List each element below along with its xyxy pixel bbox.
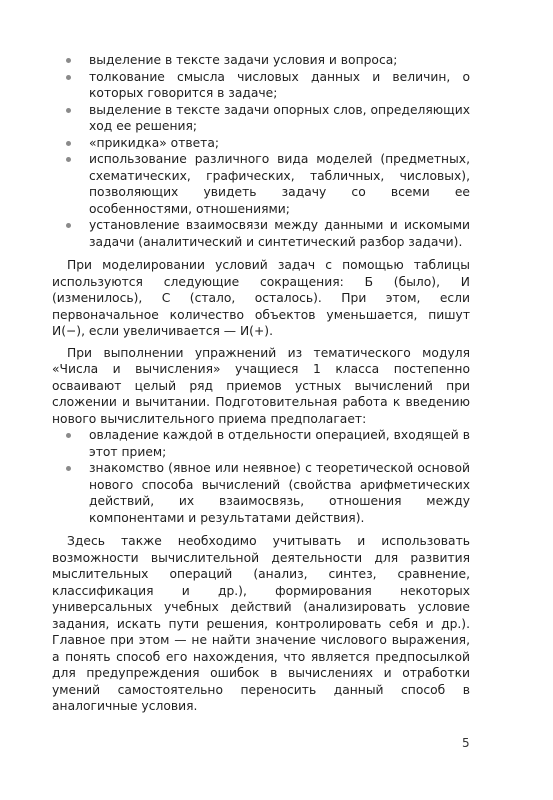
list-item-text: выделение в тексте задачи опорных слов, … bbox=[89, 103, 470, 134]
list-item: установление взаимосвязи между данными и… bbox=[52, 217, 470, 250]
paragraph-thinking-operations: Здесь также необходимо учитывать и испол… bbox=[52, 533, 470, 715]
bullet-icon bbox=[66, 108, 71, 113]
list-item: выделение в тексте задачи условия и вопр… bbox=[52, 52, 470, 69]
page-number: 5 bbox=[462, 736, 470, 750]
list-item: использование различного вида моделей (п… bbox=[52, 151, 470, 217]
bullet-icon bbox=[66, 75, 71, 80]
list-item-text: овладение каждой в отдельности операцией… bbox=[89, 428, 470, 459]
bullet-list-preparation: овладение каждой в отдельности операцией… bbox=[52, 427, 470, 526]
list-item: выделение в тексте задачи опорных слов, … bbox=[52, 102, 470, 135]
list-item-text: «прикидка» ответа; bbox=[89, 136, 219, 150]
bullet-icon bbox=[66, 141, 71, 146]
paragraph-numbers-module: При выполнении упражнений из тематическо… bbox=[52, 345, 470, 428]
bullet-icon bbox=[66, 157, 71, 162]
bullet-icon bbox=[66, 433, 71, 438]
paragraph-table-modeling: При моделировании условий задач с помощь… bbox=[52, 257, 470, 340]
list-item: «прикидка» ответа; bbox=[52, 135, 470, 152]
list-item-text: установление взаимосвязи между данными и… bbox=[89, 218, 470, 249]
list-item-text: знакомство (явное или неявное) с теорети… bbox=[89, 461, 470, 525]
list-item: знакомство (явное или неявное) с теорети… bbox=[52, 460, 470, 526]
list-item-text: использование различного вида моделей (п… bbox=[89, 152, 470, 216]
page-body: выделение в тексте задачи условия и вопр… bbox=[52, 52, 470, 715]
spacer bbox=[52, 250, 470, 257]
bullet-icon bbox=[66, 223, 71, 228]
bullet-list-task-analysis: выделение в тексте задачи условия и вопр… bbox=[52, 52, 470, 250]
spacer bbox=[52, 526, 470, 533]
bullet-icon bbox=[66, 58, 71, 63]
bullet-icon bbox=[66, 466, 71, 471]
list-item: толкование смысла числовых данных и вели… bbox=[52, 69, 470, 102]
list-item-text: толкование смысла числовых данных и вели… bbox=[89, 70, 470, 101]
list-item-text: выделение в тексте задачи условия и вопр… bbox=[89, 53, 397, 67]
list-item: овладение каждой в отдельности операцией… bbox=[52, 427, 470, 460]
